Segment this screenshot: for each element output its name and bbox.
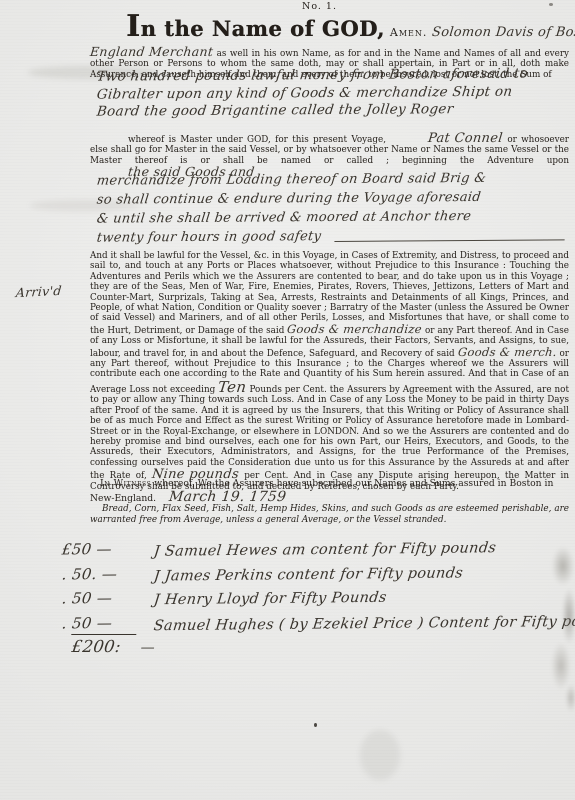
signature-amount-4: . 50 — xyxy=(61,614,155,633)
ink-speck xyxy=(314,723,317,727)
perils-paragraph: And it shall be lawful for the Vessel, &… xyxy=(90,251,569,492)
handwritten-sum-block: Two hundred pounds lawful money from Bos… xyxy=(97,67,569,120)
blank-fill-rule xyxy=(335,239,565,242)
witness-lead: In Witness xyxy=(100,478,151,489)
total-flourish: — xyxy=(141,640,154,656)
amen-text: Amen. xyxy=(390,26,427,39)
signature-text-4: Samuel Hughes ( by Ezekiel Price ) Conte… xyxy=(153,614,575,635)
signature-row-perkins: . 50. — J James Perkins content for Fift… xyxy=(62,565,567,583)
handwritten-average-rate: Ten xyxy=(217,380,247,395)
invocation-title: In the Name of GOD, xyxy=(126,9,385,44)
adventure-line-4-text: twenty four hours in good safety xyxy=(96,227,323,248)
signature-amount-1: £50 — xyxy=(61,540,155,559)
signature-text-2: J James Perkins content for Fifty pounds xyxy=(153,565,464,584)
master-printed-1: whereof is Master under GOD, for this pr… xyxy=(128,135,386,145)
witness-clause: In Witness whereof, We the Assurers have… xyxy=(90,478,569,504)
handwritten-insured-name: Solomon Davis of Boston in New xyxy=(432,26,575,39)
handwritten-goods-1: Goods & merchandize xyxy=(287,324,423,336)
adventure-line-4: twenty four hours in good safety xyxy=(96,225,569,247)
signature-row-hewes: £50 — J Samuel Hewes am content for Fift… xyxy=(62,540,567,558)
handwritten-master-name: Pat Connel xyxy=(390,132,504,145)
handwritten-date: March 19. 1759 xyxy=(158,490,287,504)
handwritten-insured-name-continued: England Merchant xyxy=(89,46,214,59)
signature-row-hughes: . 50 — Samuel Hughes ( by Ezekiel Price … xyxy=(62,614,567,632)
paper-edge-damage xyxy=(533,538,575,713)
total-sum: £200: — xyxy=(70,634,154,656)
signature-row-lloyd: . 50 — J Henry Lloyd for Fifty Pounds xyxy=(62,589,567,607)
signature-amount-3: . 50 — xyxy=(61,589,155,608)
total-amount: £200: xyxy=(69,634,137,656)
margin-note-arrived: Arriv'd xyxy=(15,283,62,300)
handwritten-adventure-block: merchandize from Loading thereof on Boar… xyxy=(97,170,567,246)
sum-line-3: Board the good Brigantine called the Jol… xyxy=(96,100,570,121)
perishable-goods-note: Bread, Corn, Flax Seed, Fish, Salt, Hemp… xyxy=(90,504,569,525)
signature-text-1: J Samuel Hewes am content for Fifty poun… xyxy=(153,540,497,560)
corner-speck xyxy=(549,3,553,6)
opening-title-line: In the Name of GOD, Amen. Solomon Davis … xyxy=(90,9,569,44)
signature-amount-2: . 50. — xyxy=(61,565,155,584)
handwritten-goods-2: Goods & merch. xyxy=(457,347,557,359)
signature-text-3: J Henry Lloyd for Fifty Pounds xyxy=(153,590,388,608)
stain-lower-right xyxy=(360,730,400,780)
